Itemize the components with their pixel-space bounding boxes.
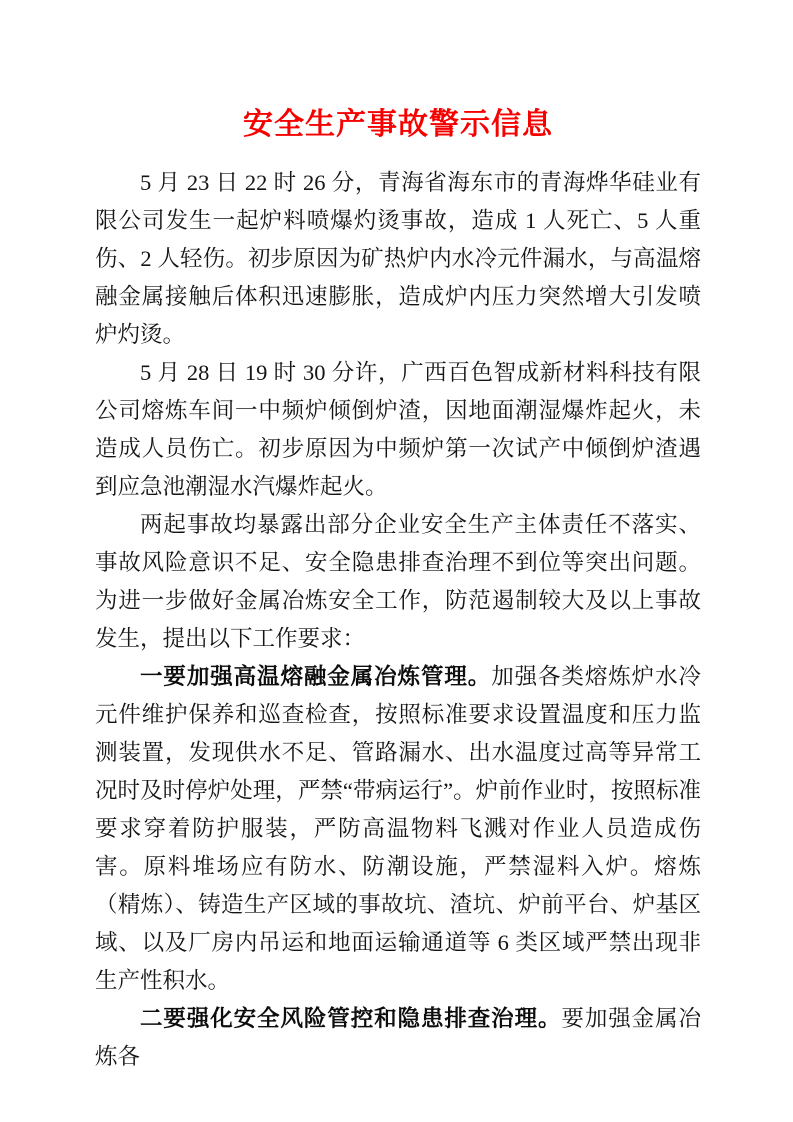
paragraph-requirement-2: 二要强化安全风险管控和隐患排查治理。要加强金属冶炼各 bbox=[95, 1000, 701, 1076]
paragraph-requirement-1-text: 加强各类熔炼炉水冷元件维护保养和巡查检查，按照标准要求设置温度和压力监测装置，发… bbox=[95, 664, 701, 993]
paragraph-accident-1: 5 月 23 日 22 时 26 分，青海省海东市的青海烨华硅业有限公司发生一起… bbox=[95, 164, 701, 354]
paragraph-requirement-1-lead: 一要加强高温熔融金属冶炼管理。 bbox=[140, 664, 491, 689]
paragraph-accident-1-text: 5 月 23 日 22 时 26 分，青海省海东市的青海烨华硅业有限公司发生一起… bbox=[95, 170, 701, 347]
paragraph-requirement-2-lead: 二要强化安全风险管控和隐患排查治理。 bbox=[140, 1006, 561, 1031]
paragraph-accident-2: 5 月 28 日 19 时 30 分许，广西百色智成新材料科技有限公司熔炼车间一… bbox=[95, 354, 701, 506]
paragraph-summary-text: 两起事故均暴露出部分企业安全生产主体责任不落实、事故风险意识不足、安全隐患排查治… bbox=[95, 512, 701, 651]
page: 安全生产事故警示信息 5 月 23 日 22 时 26 分，青海省海东市的青海烨… bbox=[0, 0, 793, 1122]
paragraph-accident-2-text: 5 月 28 日 19 时 30 分许，广西百色智成新材料科技有限公司熔炼车间一… bbox=[95, 360, 701, 499]
paragraph-requirement-1: 一要加强高温熔融金属冶炼管理。加强各类熔炼炉水冷元件维护保养和巡查检查，按照标准… bbox=[95, 658, 701, 1000]
paragraph-summary: 两起事故均暴露出部分企业安全生产主体责任不落实、事故风险意识不足、安全隐患排查治… bbox=[95, 506, 701, 658]
document-title: 安全生产事故警示信息 bbox=[95, 102, 701, 148]
